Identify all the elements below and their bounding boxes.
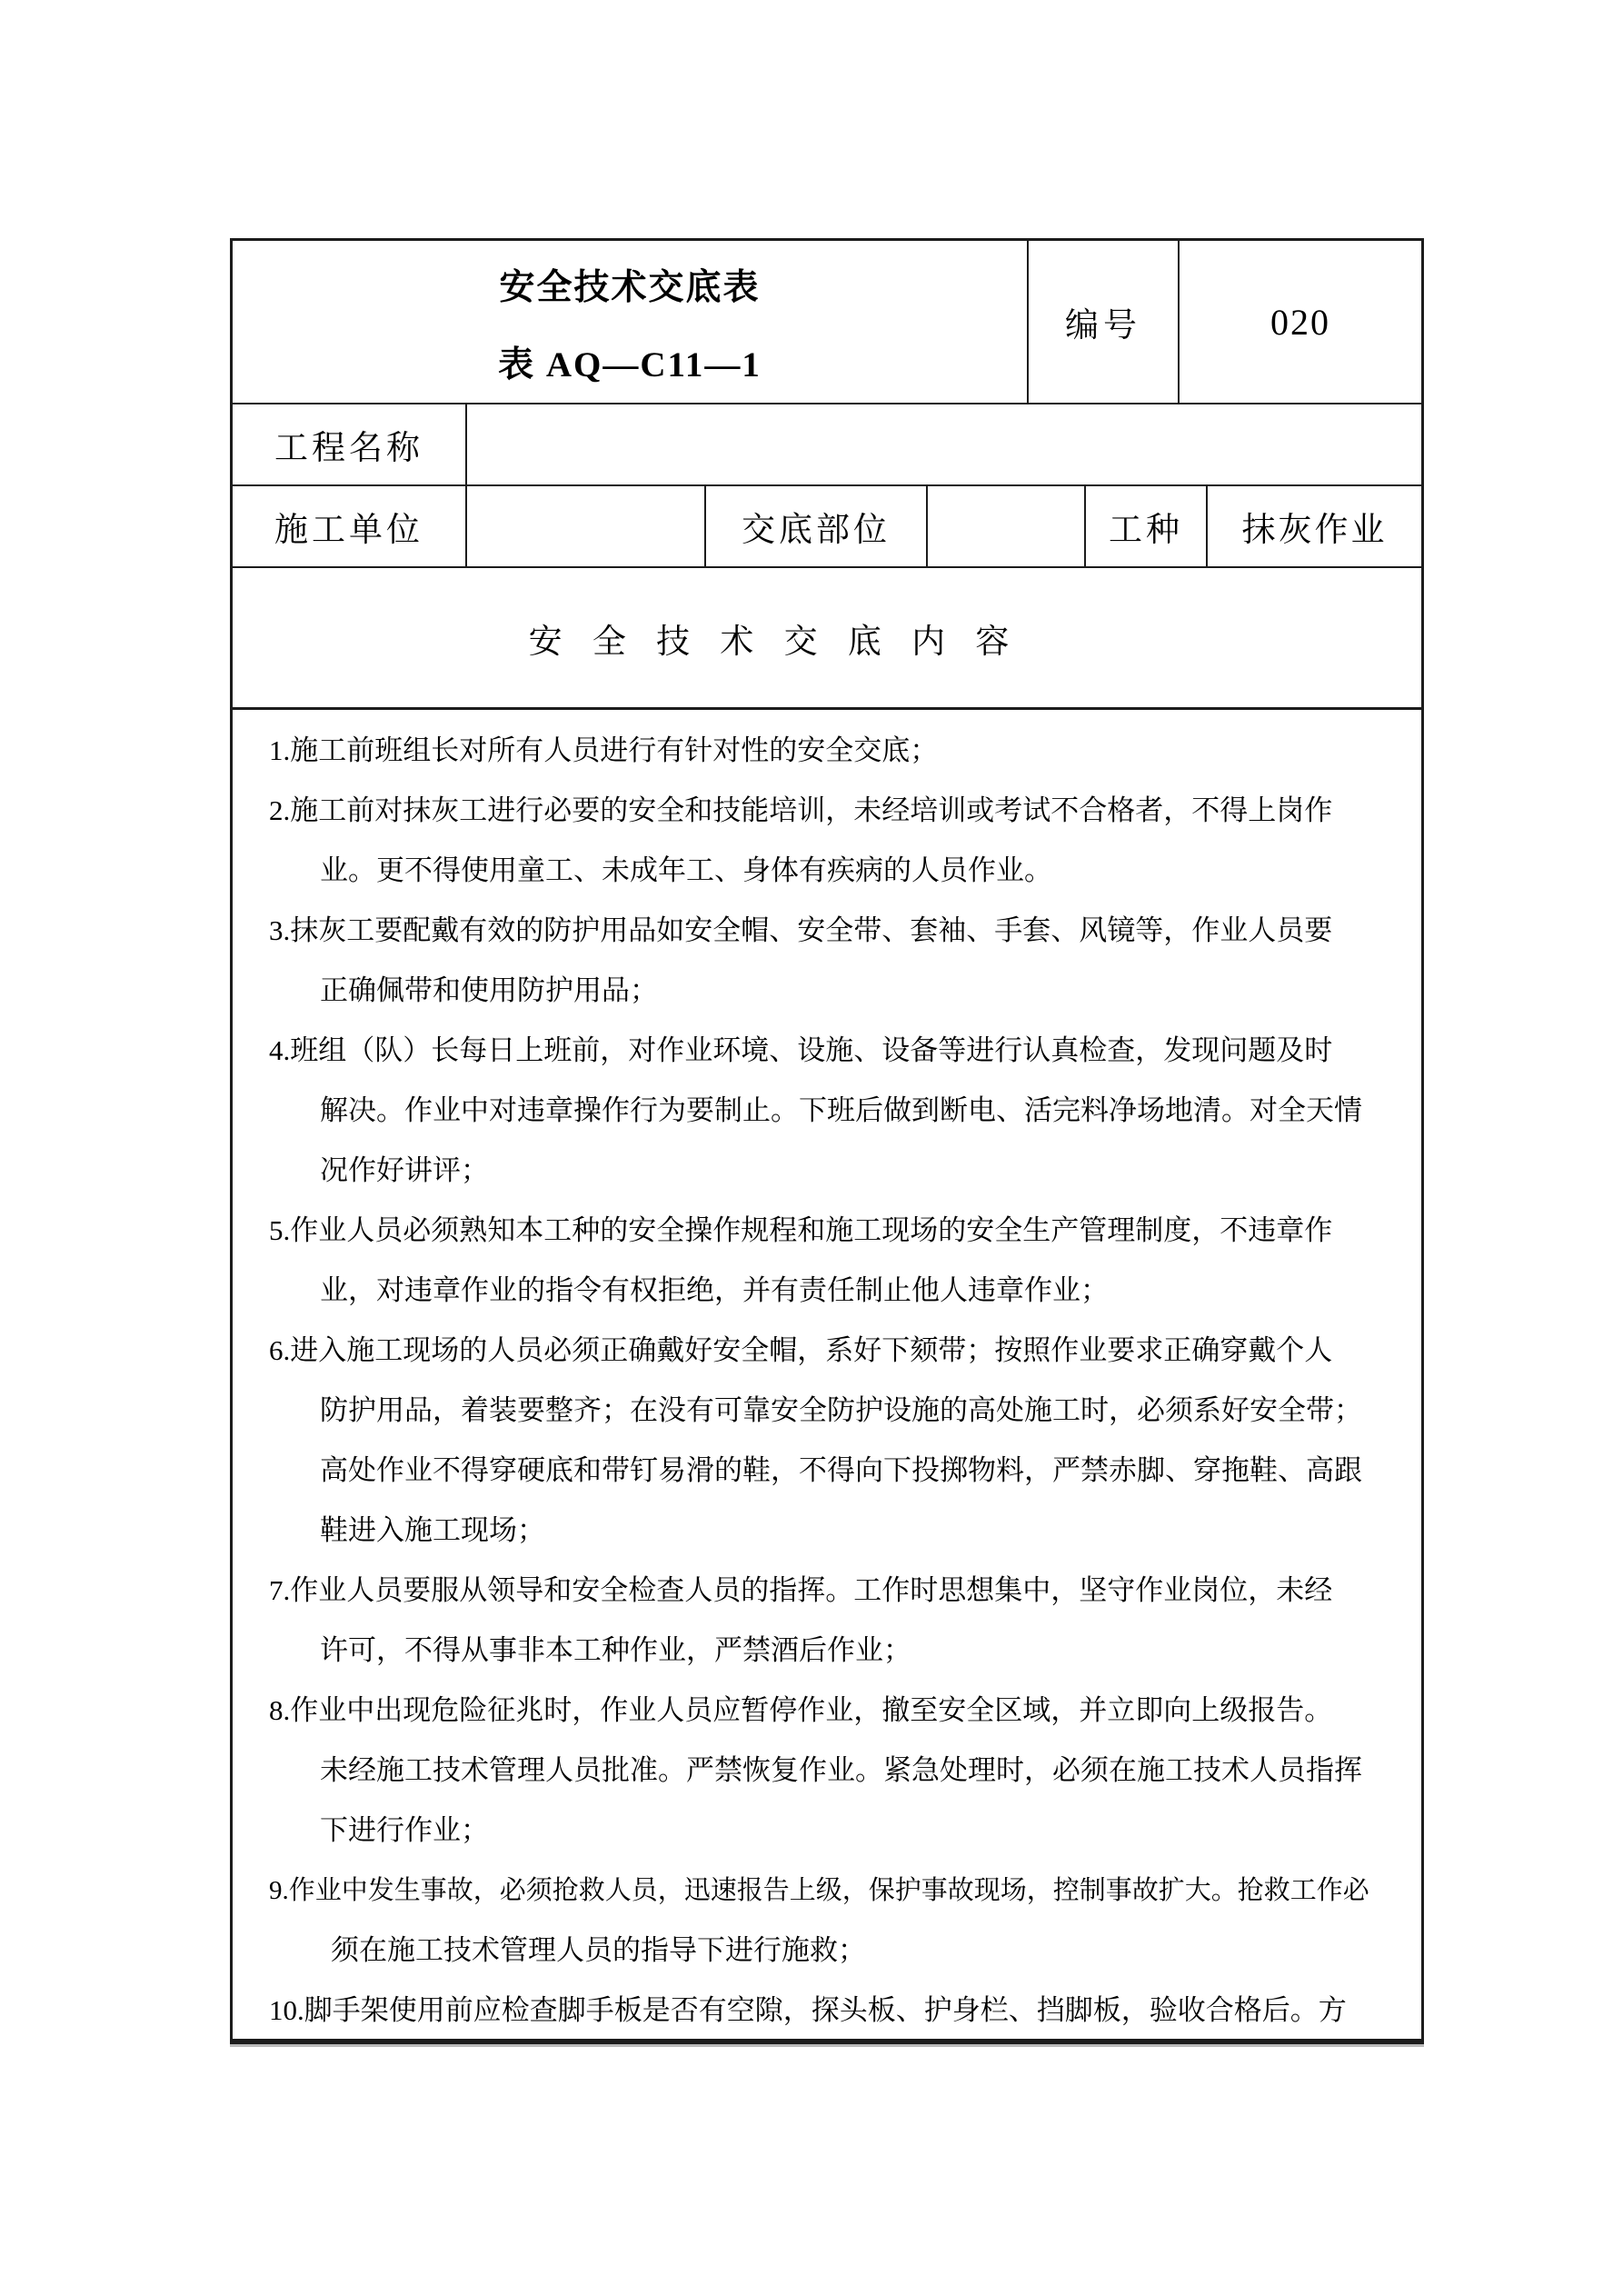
form-title: 安全技术交底表 xyxy=(499,266,760,310)
content-line: 9.作业中发生事故，必须抢救人员，迅速报告上级，保护事故现场，控制事故扩大。抢救… xyxy=(269,1861,1421,1921)
number-value: 020 xyxy=(1178,241,1421,403)
content-line: 业，对违章作业的指令有权拒绝，并有责任制止他人违章作业； xyxy=(269,1261,1421,1321)
content-line: 1.施工前班组长对所有人员进行有针对性的安全交底； xyxy=(269,721,1421,781)
project-name-label: 工程名称 xyxy=(233,404,465,484)
content-line: 防护用品，着装要整齐；在没有可靠安全防护设施的高处施工时，必须系好安全带； xyxy=(269,1381,1421,1441)
content-line: 4.班组（队）长每日上班前，对作业环境、设施、设备等进行认真检查，发现问题及时 xyxy=(269,1021,1421,1081)
content-line: 未经施工技术管理人员批准。严禁恢复作业。紧急处理时，必须在施工技术人员指挥 xyxy=(269,1741,1421,1801)
content-row: 1.施工前班组长对所有人员进行有针对性的安全交底； 2.施工前对抹灰工进行必要的… xyxy=(233,707,1421,2039)
section-title-cell: 安 全 技 术 交 底 内 容 xyxy=(233,568,1421,707)
disclosure-part-label: 交底部位 xyxy=(704,486,926,566)
content-line: 许可，不得从事非本工种作业，严禁酒后作业； xyxy=(269,1621,1421,1681)
content-line: 高处作业不得穿硬底和带钉易滑的鞋，不得向下投掷物料，严禁赤脚、穿拖鞋、高跟 xyxy=(269,1441,1421,1501)
project-name-row: 工程名称 xyxy=(233,403,1421,484)
content-line: 7.作业人员要服从领导和安全检查人员的指挥。工作时思想集中，坚守作业岗位，未经 xyxy=(269,1561,1421,1621)
content-line: 正确佩带和使用防护用品； xyxy=(269,961,1421,1021)
content-line: 5.作业人员必须熟知本工种的安全操作规程和施工现场的安全生产管理制度，不违章作 xyxy=(269,1201,1421,1261)
unit-part-worktype-row: 施工单位 交底部位 工种 抹灰作业 xyxy=(233,484,1421,566)
content-line: 鞋进入施工现场； xyxy=(269,1501,1421,1561)
content-line: 3.抹灰工要配戴有效的防护用品如安全帽、安全带、套袖、手套、风镜等，作业人员要 xyxy=(269,901,1421,961)
construction-unit-label: 施工单位 xyxy=(233,486,465,566)
section-title: 安 全 技 术 交 底 内 容 xyxy=(529,614,1021,663)
content-line: 况作好讲评； xyxy=(269,1141,1421,1201)
project-name-value-cell xyxy=(465,404,1421,484)
disclosure-part-value-cell xyxy=(926,486,1084,566)
content-area: 1.施工前班组长对所有人员进行有针对性的安全交底； 2.施工前对抹灰工进行必要的… xyxy=(233,710,1421,2039)
content-line: 6.进入施工现场的人员必须正确戴好安全帽，系好下颏带；按照作业要求正确穿戴个人 xyxy=(269,1321,1421,1381)
content-line: 下进行作业； xyxy=(269,1801,1421,1861)
document-page: 安全技术交底表 表 AQ—C11—1 编号 020 工程名称 施工单位 交底部位… xyxy=(0,0,1623,2296)
header-row: 安全技术交底表 表 AQ—C11—1 编号 020 xyxy=(233,241,1421,403)
safety-disclosure-form-table: 安全技术交底表 表 AQ—C11—1 编号 020 工程名称 施工单位 交底部位… xyxy=(230,238,1424,2044)
form-title-cell: 安全技术交底表 表 AQ—C11—1 xyxy=(233,241,1027,403)
content-line: 8.作业中出现危险征兆时，作业人员应暂停作业，撤至安全区域，并立即向上级报告。 xyxy=(269,1681,1421,1741)
section-header-row: 安 全 技 术 交 底 内 容 xyxy=(233,566,1421,707)
content-line: 须在施工技术管理人员的指导下进行施救； xyxy=(269,1921,1421,1981)
form-code: 表 AQ—C11—1 xyxy=(498,344,762,387)
work-type-label: 工种 xyxy=(1084,486,1206,566)
number-label: 编号 xyxy=(1027,241,1178,403)
work-type-value: 抹灰作业 xyxy=(1206,486,1421,566)
content-line: 解决。作业中对违章操作行为要制止。下班后做到断电、活完料净场地清。对全天情 xyxy=(269,1081,1421,1141)
content-line: 2.施工前对抹灰工进行必要的安全和技能培训，未经培训或考试不合格者，不得上岗作 xyxy=(269,781,1421,841)
construction-unit-value-cell xyxy=(465,486,704,566)
content-line: 10.脚手架使用前应检查脚手板是否有空隙，探头板、护身栏、挡脚板，验收合格后。方 xyxy=(269,1981,1421,2041)
content-line: 业。更不得使用童工、未成年工、身体有疾病的人员作业。 xyxy=(269,841,1421,901)
